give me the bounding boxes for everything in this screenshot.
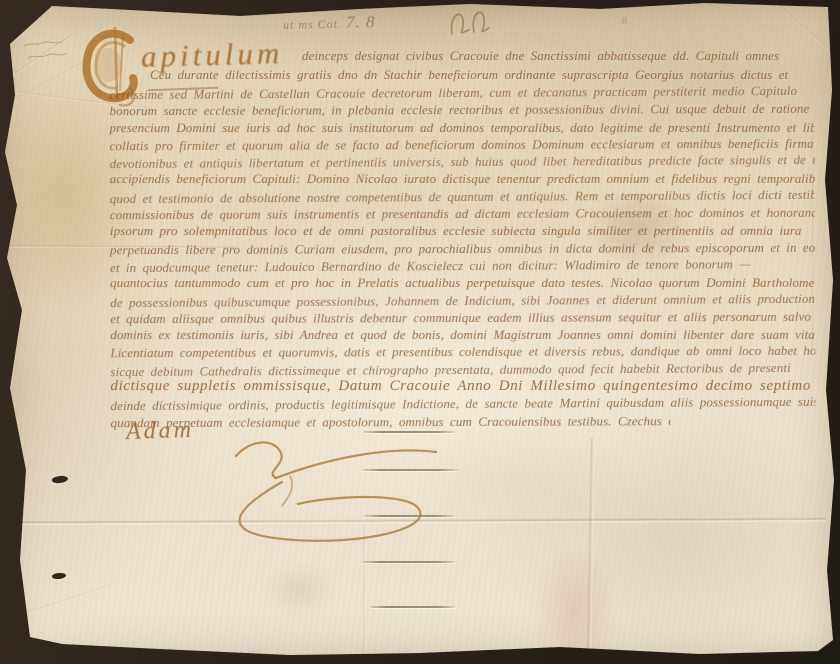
manuscript-line: deinceps designat civibus Cracouie dne S… [302,47,814,64]
manuscript-line: dominis ex testimoniis iuris, sibi Andre… [110,326,815,344]
manuscript-line: presencium Domini sue iuris ad hoc suis … [110,118,815,136]
seal-slit [370,606,455,608]
bottom-left-crease [24,584,112,615]
manuscript-line: quandam perpetuam ecclesiamque et aposto… [111,412,671,431]
manuscript-line: deinde dictissimique ordinis, productis … [110,393,815,415]
manuscript-line: quantocius tantummodo cum et pro hoc in … [110,274,815,292]
archival-top-note: ut ms Cot. 7. 8 [283,12,376,34]
top-note-number: 7. 8 [346,12,376,32]
seal-slit [362,561,455,563]
signature-flourish [178,436,490,544]
manuscript-line: commissionibus de quorum suis instrument… [110,204,815,224]
vertical-fold-crease [587,438,595,656]
manuscript-lines: certissime sed Martini de Castellan Crac… [109,83,815,431]
small-ink-mark: 8 [622,16,627,27]
top-note-prefix: ut ms Cot. [283,17,342,32]
manuscript-line: et quidam aliisque omnibus quibus illust… [110,308,815,328]
corner-annotation [20,36,84,70]
photograph-of-manuscript: ut ms Cot. 7. 8 8 [0,0,840,664]
manuscript-line: bonorum sancte ecclesie beneficiorum, in… [109,100,814,120]
manuscript-line: ipsorum pro solempnitatibus loco et de o… [110,222,815,240]
manuscript-line: Ceu durante dilectissimis gratiis dno dn… [150,66,814,83]
parchment-hole [52,475,69,484]
seal-slit [363,431,455,433]
parchment-hole [52,572,67,579]
pen-flourish-mark [446,6,506,42]
manuscript-line: accipiendis beneficiorum Capituli: Domin… [110,170,815,188]
parchment-sheet: ut ms Cot. 7. 8 8 [0,0,840,664]
